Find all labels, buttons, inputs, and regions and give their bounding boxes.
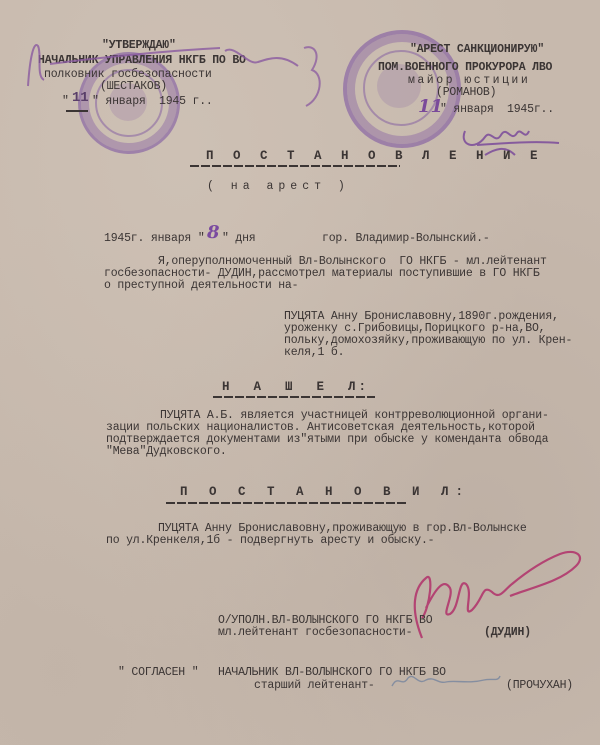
subject-line4: келя,1 б.: [284, 347, 344, 359]
resolved-title: П О С Т А Н О В И Л:: [180, 486, 470, 498]
margin-handwritten-mark: [300, 40, 330, 110]
date-underline: [66, 110, 88, 112]
approval-right-line3: (РОМАНОВ): [436, 87, 496, 99]
chief-pencil-signature: [388, 670, 503, 692]
agree-label: " СОГЛАСЕН ": [118, 667, 198, 679]
approval-left-date-quote: ": [62, 96, 69, 108]
approval-right-title: "АРЕСТ САНКЦИОНИРУЮ": [410, 44, 544, 56]
chief-name: (ПРОЧУХАН): [506, 680, 573, 692]
approval-left-signature: [20, 36, 300, 96]
resolved-line2: по ул.Кренкеля,1б - подвергнуть аресту и…: [106, 535, 434, 547]
officer-line2: мл.лейтенант госбезопасности-: [218, 627, 412, 639]
dateline-day: 8: [207, 222, 220, 243]
officer-name: (ДУДИН): [484, 627, 531, 639]
dateline-rest: " дня: [222, 233, 256, 245]
document-subtitle: ( на арест ): [207, 181, 350, 193]
resolved-underline: [166, 502, 406, 504]
chief-line2: старший лейтенант-: [254, 680, 375, 692]
found-title: Н А Ш Е Л:: [222, 381, 369, 393]
found-underline: [213, 396, 375, 398]
title-underline: [190, 165, 400, 167]
document-title: П О С Т А Н О В Л Е Н И Е: [206, 150, 544, 162]
dateline-place: гор. Владимир-Волынский.-: [322, 233, 490, 245]
intro-line3: о преступной деятельности на-: [104, 280, 298, 292]
found-line4: "Мева"Дудковского.: [106, 446, 227, 458]
approval-right-line1: ПОМ.ВОЕННОГО ПРОКУРОРА ЛВО: [378, 62, 552, 74]
dateline-year: 1945г. января ": [104, 233, 205, 245]
approval-left-date-rest: " января 1945 г..: [92, 96, 213, 108]
